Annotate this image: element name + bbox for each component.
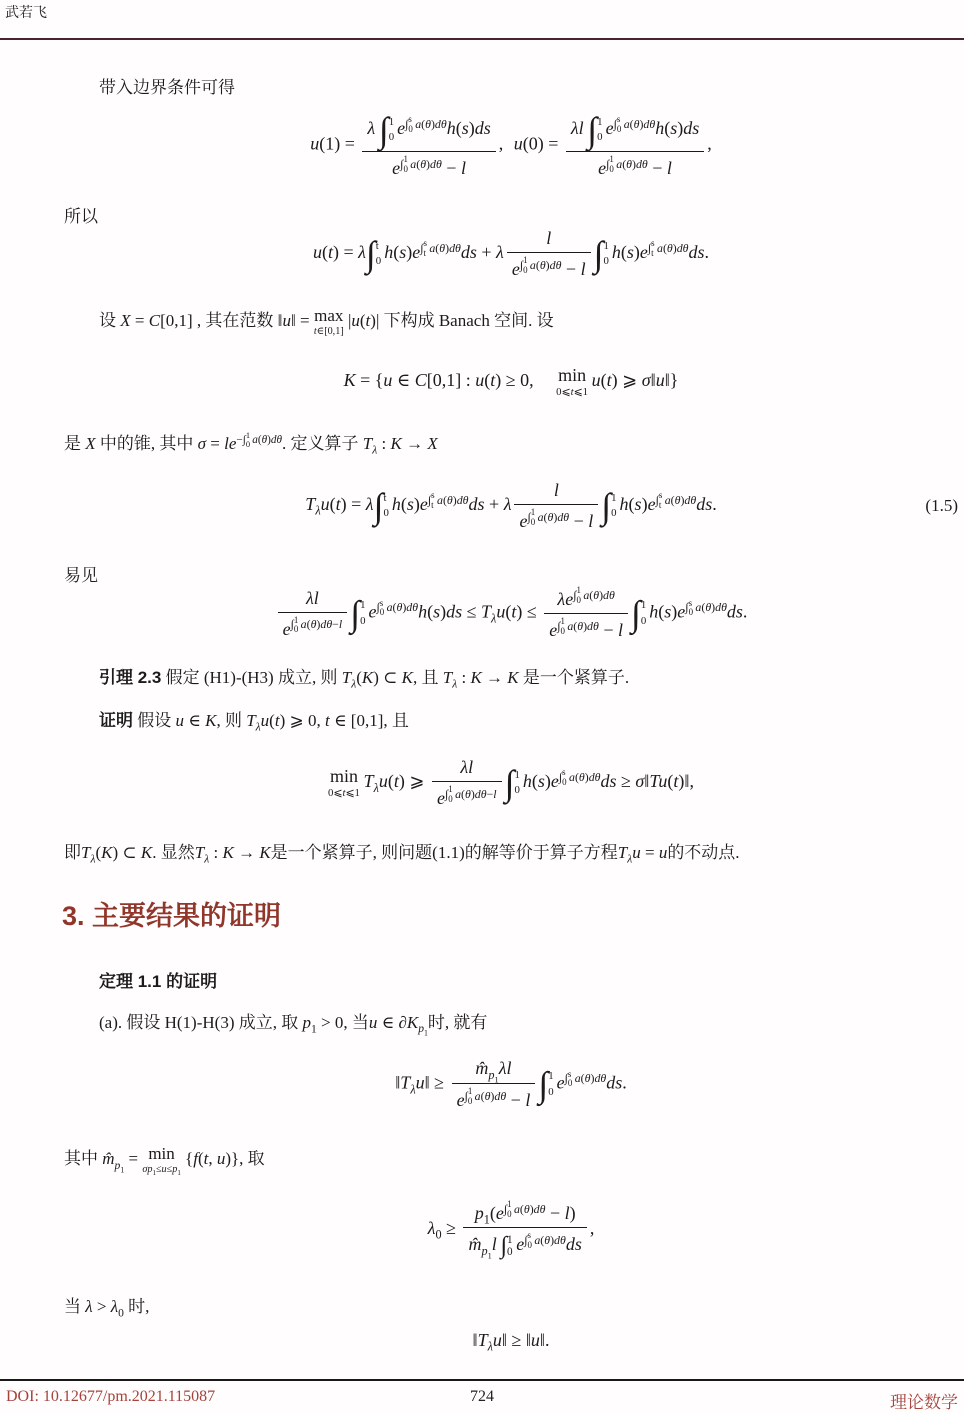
para-theorem-1-1-proof: 定理 1.1 的证明 <box>99 970 217 995</box>
para-suoyi: 所以 <box>64 205 98 230</box>
equation-1-5-body: Tλu(t) = λ∫t0h(s)e∫st a(θ)dθds + λle∫10 … <box>305 494 716 514</box>
equation-u1-u0: u(1) = λ ∫10e∫s0 a(θ)dθh(s)dse∫10 a(θ)dθ… <box>64 112 958 179</box>
para-fixed-point: 即Tλ(K) ⊂ K. 显然Tλ : K → K是一个紧算子, 则问题(1.1)… <box>64 841 740 866</box>
para-yijian: 易见 <box>64 564 98 589</box>
paper-page: 武若飞 带入边界条件可得 u(1) = λ ∫10e∫s0 a(θ)dθh(s)… <box>0 0 964 1414</box>
para-case-a: (a). 假设 H(1)-H(3) 成立, 取 p1 > 0, 当u ∈ ∂Kp… <box>99 1011 487 1036</box>
equation-1-5: Tλu(t) = λ∫t0h(s)e∫st a(θ)dθds + λle∫10 … <box>64 480 958 532</box>
running-head-author: 武若飞 <box>5 2 47 22</box>
section-heading-main-results: 3. 主要结果的证明 <box>62 894 281 933</box>
equation-min-bound: min0⩽t⩽1 Tλu(t) ⩾ λle∫10 a(θ)dθ−l∫10h(s)… <box>64 757 958 809</box>
para-lemma-2-3: 引理 2.3 假定 (H1)-(H3) 成立, 则 Tλ(K) ⊂ K, 且 T… <box>99 666 629 691</box>
footer-journal-name: 理论数学 <box>890 1388 958 1413</box>
para-proof-start: 证明 假设 u ∈ K, 则 Tλu(t) ⩾ 0, t ∈ [0,1], 且 <box>99 709 409 734</box>
para-when-lambda: 当 λ > λ0 时, <box>64 1295 149 1320</box>
footer-rule <box>0 1379 964 1381</box>
equation-norm-lower-bound: ‖Tλu‖ ≥ m̂p1λle∫10 a(θ)dθ − l∫10e∫s0 a(θ… <box>64 1058 958 1111</box>
equation-lambda0: λ0 ≥ p1(e∫10 a(θ)dθ − l)m̂p1l ∫10 e∫s0 a… <box>64 1200 958 1260</box>
para-define-operator: 是 X 中的锥, 其中 σ = le−∫10 a(θ)dθ. 定义算子 Tλ :… <box>64 431 438 457</box>
equation-ut: u(t) = λ∫t0h(s)e∫st a(θ)dθds + λle∫10 a(… <box>64 228 958 280</box>
footer-page-number: 724 <box>0 1388 964 1406</box>
header-rule <box>0 38 964 40</box>
equation-bounds: λle∫10 a(θ)dθ−l∫10e∫s0 a(θ)dθh(s)ds ≤ Tλ… <box>64 586 958 641</box>
para-boundary-condition: 带入边界条件可得 <box>99 76 235 101</box>
para-m-hat-definition: 其中 m̂p1 = minσp1≤u≤p1 {f(t, u)}, 取 <box>64 1145 265 1176</box>
equation-norm-comparison: ‖Tλu‖ ≥ ‖u‖. <box>64 1330 958 1351</box>
para-banach-space: 设 X = C[0,1] , 其在范数 ‖u‖ = maxt∈[0,1] |u(… <box>99 307 554 338</box>
equation-cone-K: K = {u ∈ C[0,1] : u(t) ≥ 0, min0⩽t⩽1 u(t… <box>64 366 958 398</box>
equation-number-1-5: (1.5) <box>925 496 958 516</box>
